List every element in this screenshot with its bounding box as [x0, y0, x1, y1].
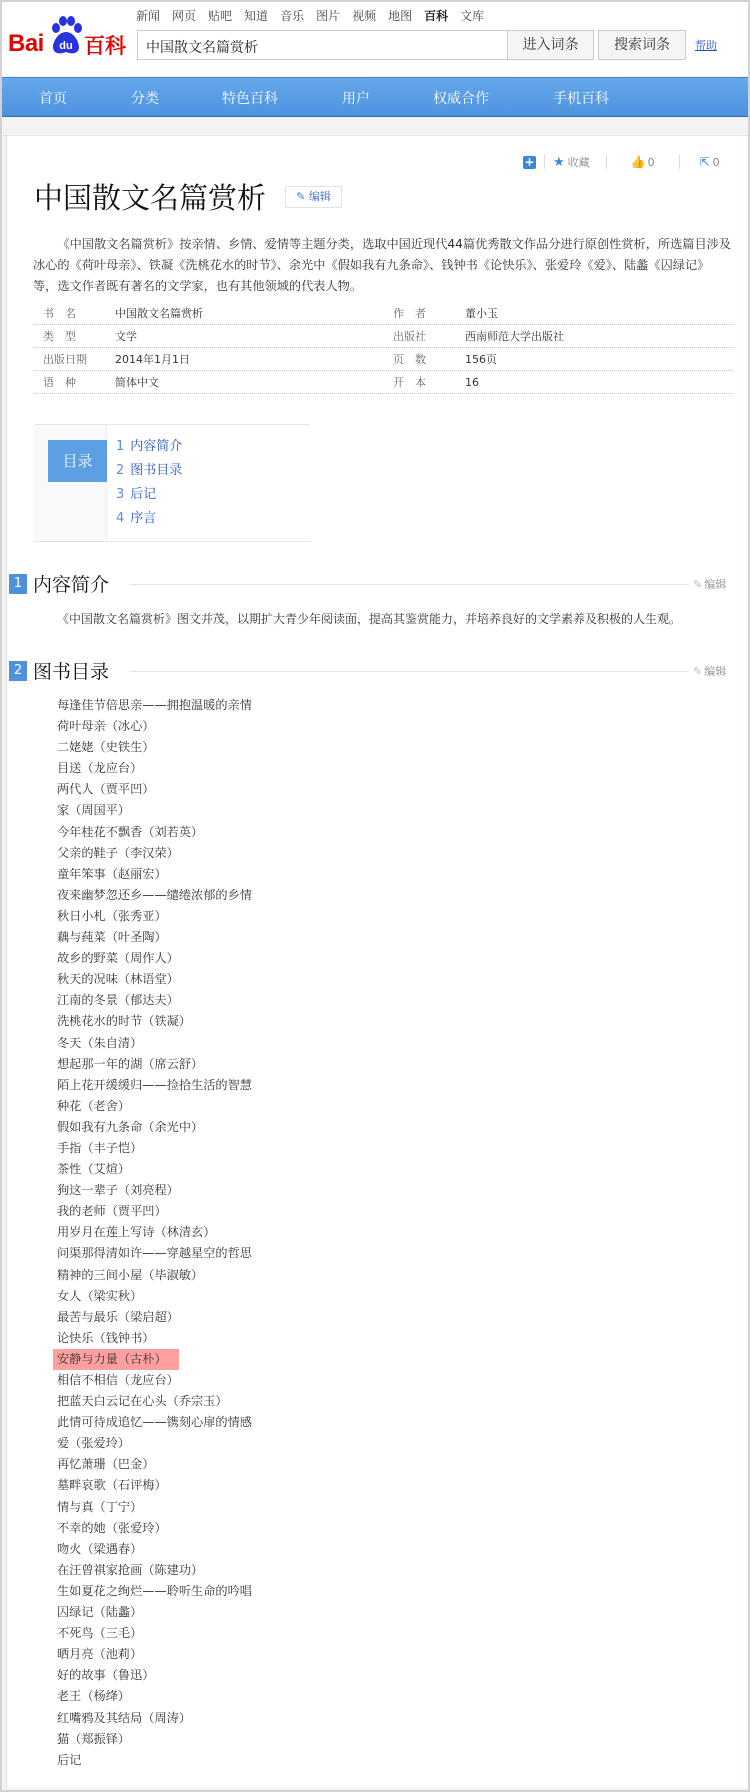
chapter-item: 墓畔哀歌（石评梅） [53, 1475, 252, 1496]
basic-info-left: 书 名中国散文名篇赏析 类 型文学 出版日期2014年1月1日 语 种简体中文 [33, 302, 383, 394]
section-number: 1 [9, 574, 27, 594]
chapter-item: 问渠那得清如许——穿越星空的哲思 [53, 1243, 252, 1264]
topnav-news[interactable]: 新闻 [136, 7, 160, 24]
chapter-item: 好的故事（鲁迅） [53, 1665, 252, 1686]
entry-content: + ★ 收藏 👍 0 ⇱ 0 中国散文名篇赏析 ✎ 编辑 《中国散文名篇赏析》按… [6, 136, 748, 1788]
section-title: 图书目录 [33, 657, 109, 684]
section-edit-button[interactable]: ✎编辑 [693, 663, 726, 679]
info-label: 开 本 [383, 374, 465, 390]
svg-text:du: du [59, 40, 72, 52]
chapter-item: 后记 [53, 1750, 252, 1771]
logo-bai-text: Bai [8, 30, 44, 58]
chapter-item: 家（周国平） [53, 800, 252, 821]
chapter-item: 狗这一辈子（刘亮程） [53, 1180, 252, 1201]
info-value: 16 [465, 376, 479, 389]
favorite-label[interactable]: 收藏 [568, 154, 590, 170]
info-value: 董小玉 [465, 305, 498, 321]
topnav-baike[interactable]: 百科 [424, 7, 448, 24]
topnav-zhidao[interactable]: 知道 [244, 7, 268, 24]
nav-mobile[interactable]: 手机百科 [553, 88, 609, 108]
chapter-item: 女人（梁实秋） [53, 1286, 252, 1307]
chapter-item: 冬天（朱自清） [53, 1033, 252, 1054]
toc-side: 目录 [34, 425, 107, 541]
nav-partners[interactable]: 权威合作 [433, 88, 489, 108]
chapter-item: 猫（郑振铎） [53, 1729, 252, 1750]
toc-item-label: 图书目录 [130, 463, 182, 478]
toc-item-number: 2 [116, 463, 124, 478]
pencil-icon: ✎ [296, 190, 305, 203]
chapter-item: 二姥姥（史铁生） [53, 737, 252, 758]
enter-entry-button[interactable]: 进入词条 [507, 30, 594, 60]
info-label: 语 种 [33, 374, 115, 390]
logo-baike-text: 百科 [84, 30, 126, 60]
toc-item-label: 后记 [130, 487, 156, 502]
info-value: 文学 [115, 328, 137, 344]
chapter-item: 荷叶母亲（冰心） [53, 716, 252, 737]
chapter-item: 在汪曾祺家抢画（陈建功） [53, 1560, 252, 1581]
chapter-item: 把蓝天白云记在心头（乔宗玉） [53, 1391, 252, 1412]
section-divider [129, 584, 689, 585]
chapter-item: 今年桂花不飘香（刘若英） [53, 822, 252, 843]
edit-button[interactable]: ✎ 编辑 [285, 186, 342, 208]
info-row: 类 型文学 [33, 325, 383, 348]
info-label: 作 者 [383, 305, 465, 321]
chapter-item: 江南的冬景（郁达夫） [53, 990, 252, 1011]
chapter-item: 最苦与最乐（梁启超） [53, 1307, 252, 1328]
nav-category[interactable]: 分类 [131, 88, 159, 108]
chapter-item: 情与真（丁宁） [53, 1497, 252, 1518]
chapter-item: 用岁月在莲上写诗（林清玄） [53, 1222, 252, 1243]
chapter-item: 夜来幽梦忽还乡——缱绻浓郁的乡情 [53, 885, 252, 906]
thumbs-up-icon[interactable]: 👍 [631, 155, 646, 169]
toc-item-label: 序言 [130, 511, 156, 526]
section-number: 2 [9, 661, 27, 681]
chapter-item: 囚绿记（陆蠡） [53, 1602, 252, 1623]
chapter-item: 相信不相信（龙应台） [53, 1370, 252, 1391]
topnav-web[interactable]: 网页 [172, 7, 196, 24]
info-row: 书 名中国散文名篇赏析 [33, 302, 383, 325]
chapter-item: 假如我有九条命（余光中） [53, 1117, 252, 1138]
chapter-item: 目送（龙应台） [53, 758, 252, 779]
chapter-item: 秋天的况味（林语堂） [53, 969, 252, 990]
toc-list: 1内容简介 2图书目录 3后记 4序言 [116, 435, 182, 531]
info-value: 2014年1月1日 [115, 351, 190, 367]
chapter-item: 爱（张爱玲） [53, 1433, 252, 1454]
info-row: 出版社西南师范大学出版社 [383, 325, 733, 348]
info-row: 语 种简体中文 [33, 371, 383, 394]
chapter-item: 秋日小札（张秀亚） [53, 906, 252, 927]
info-value: 中国散文名篇赏析 [115, 305, 203, 321]
info-row: 出版日期2014年1月1日 [33, 348, 383, 371]
chapter-item: 种花（老舍） [53, 1096, 252, 1117]
section-divider [129, 671, 689, 672]
info-label: 出版日期 [33, 351, 115, 367]
star-icon[interactable]: ★ [553, 155, 565, 170]
page-title: 中国散文名篇赏析 [34, 176, 266, 217]
site-header: Bai du 百科 新闻 网页 贴吧 知道 音乐 图片 视频 地图 百科 文库 … [2, 2, 748, 76]
section-title: 内容简介 [33, 570, 109, 597]
chapter-item: 手指（丰子恺） [53, 1138, 252, 1159]
nav-featured[interactable]: 特色百科 [222, 88, 278, 108]
section-edit-button[interactable]: ✎编辑 [693, 576, 726, 592]
chapter-item: 每逢佳节倍思亲——拥抱温暖的亲情 [53, 695, 252, 716]
chapter-item: 不死鸟（三毛） [53, 1623, 252, 1644]
toc-item-number: 4 [116, 511, 124, 526]
share-count: 0 [713, 156, 720, 169]
topnav-music[interactable]: 音乐 [280, 7, 304, 24]
topnav-tieba[interactable]: 贴吧 [208, 7, 232, 24]
paw-icon: du [48, 16, 84, 56]
chapter-item: 此情可待成追忆——镌刻心扉的情感 [53, 1412, 252, 1433]
topnav-video[interactable]: 视频 [352, 7, 376, 24]
chapter-item: 故乡的野菜（周作人） [53, 948, 252, 969]
toc-item-preface[interactable]: 4序言 [116, 507, 182, 531]
search-entry-button[interactable]: 搜索词条 [598, 30, 686, 60]
main-nav: 首页 分类 特色百科 用户 权威合作 手机百科 [2, 77, 748, 117]
chapter-item: 想起那一年的湖（席云舒） [53, 1054, 252, 1075]
chapter-item: 陌上花开缓缓归——捡拾生活的智慧 [53, 1075, 252, 1096]
nav-users[interactable]: 用户 [342, 88, 370, 108]
chapter-item: 生如夏花之绚烂——聆听生命的吟唱 [53, 1581, 252, 1602]
pencil-icon: ✎ [693, 665, 702, 678]
chapter-item: 父亲的鞋子（李汉荣） [53, 843, 252, 864]
toolbar-divider [544, 155, 545, 169]
chapter-item: 吻火（梁遇春） [53, 1539, 252, 1560]
toc-item-label: 内容简介 [130, 439, 182, 454]
toc-badge: 目录 [48, 440, 107, 482]
info-label: 类 型 [33, 328, 115, 344]
chapter-list: 每逢佳节倍思亲——拥抱温暖的亲情荷叶母亲（冰心）二姥姥（史铁生）目送（龙应台）两… [57, 695, 252, 1771]
section-edit-label: 编辑 [704, 665, 726, 678]
chapter-item-highlighted: 安静与力量（古朴） [53, 1349, 179, 1370]
info-row: 开 本16 [383, 371, 733, 394]
entry-toolbar: + ★ 收藏 👍 0 ⇱ 0 [523, 154, 720, 170]
chapter-item: 童年笨事（赵丽宏） [53, 864, 252, 885]
nav-home[interactable]: 首页 [39, 88, 67, 108]
toc-item-catalog[interactable]: 2图书目录 [116, 459, 182, 483]
search-input[interactable]: 中国散文名篇赏析 [137, 30, 507, 60]
info-row: 页 数156页 [383, 348, 733, 371]
toc-item-intro[interactable]: 1内容简介 [116, 435, 182, 459]
chapter-item: 洗桃花水的时节（铁凝） [53, 1011, 252, 1032]
info-label: 页 数 [383, 351, 465, 367]
like-count: 0 [648, 156, 655, 169]
basic-info-right: 作 者董小玉 出版社西南师范大学出版社 页 数156页 开 本16 [383, 302, 733, 394]
help-link[interactable]: 帮助 [695, 37, 717, 53]
chapter-item: 再忆萧珊（巴金） [53, 1454, 252, 1475]
info-value: 156页 [465, 351, 497, 367]
toolbar-divider [606, 155, 607, 169]
info-label: 书 名 [33, 305, 115, 321]
chapter-item: 老王（杨绛） [53, 1686, 252, 1707]
chapter-item: 茶性（艾煊） [53, 1159, 252, 1180]
chapter-item: 精神的三间小屋（毕淑敏） [53, 1265, 252, 1286]
plus-square-icon[interactable]: + [523, 156, 536, 169]
edit-label: 编辑 [309, 190, 331, 203]
intro-paragraph: 《中国散文名篇赏析》图文并茂，以期扩大青少年阅读面，提高其鉴赏能力，并培养良好的… [57, 610, 681, 627]
pencil-icon: ✎ [693, 578, 702, 591]
chapter-item: 晒月亮（池莉） [53, 1644, 252, 1665]
product-nav: 新闻 网页 贴吧 知道 音乐 图片 视频 地图 百科 文库 [136, 7, 496, 24]
chapter-item: 红嘴鸦及其结局（周涛） [53, 1708, 252, 1729]
baidu-baike-logo[interactable]: Bai du 百科 [8, 16, 126, 58]
chapter-item: 两代人（贾平凹） [53, 779, 252, 800]
sub-bar [2, 118, 748, 136]
toc-item-afterword[interactable]: 3后记 [116, 483, 182, 507]
table-of-contents: 目录 1内容简介 2图书目录 3后记 4序言 [34, 424, 310, 542]
share-icon[interactable]: ⇱ [700, 155, 710, 169]
entry-summary: 《中国散文名篇赏析》按亲情、乡情、爱情等主题分类，选取中国近现代44篇优秀散文作… [33, 234, 733, 297]
chapter-item: 藕与莼菜（叶圣陶） [53, 927, 252, 948]
chapter-item: 论快乐（钱钟书） [53, 1328, 252, 1349]
toc-item-number: 1 [116, 439, 124, 454]
topnav-map[interactable]: 地图 [388, 7, 412, 24]
info-row: 作 者董小玉 [383, 302, 733, 325]
info-value: 西南师范大学出版社 [465, 328, 564, 344]
info-label: 出版社 [383, 328, 465, 344]
topnav-wenku[interactable]: 文库 [460, 7, 484, 24]
section-edit-label: 编辑 [704, 578, 726, 591]
chapter-item: 我的老师（贾平凹） [53, 1201, 252, 1222]
toc-item-number: 3 [116, 487, 124, 502]
info-value: 简体中文 [115, 374, 159, 390]
toolbar-divider [679, 155, 680, 169]
topnav-images[interactable]: 图片 [316, 7, 340, 24]
chapter-item: 不幸的她（张爱玲） [53, 1518, 252, 1539]
